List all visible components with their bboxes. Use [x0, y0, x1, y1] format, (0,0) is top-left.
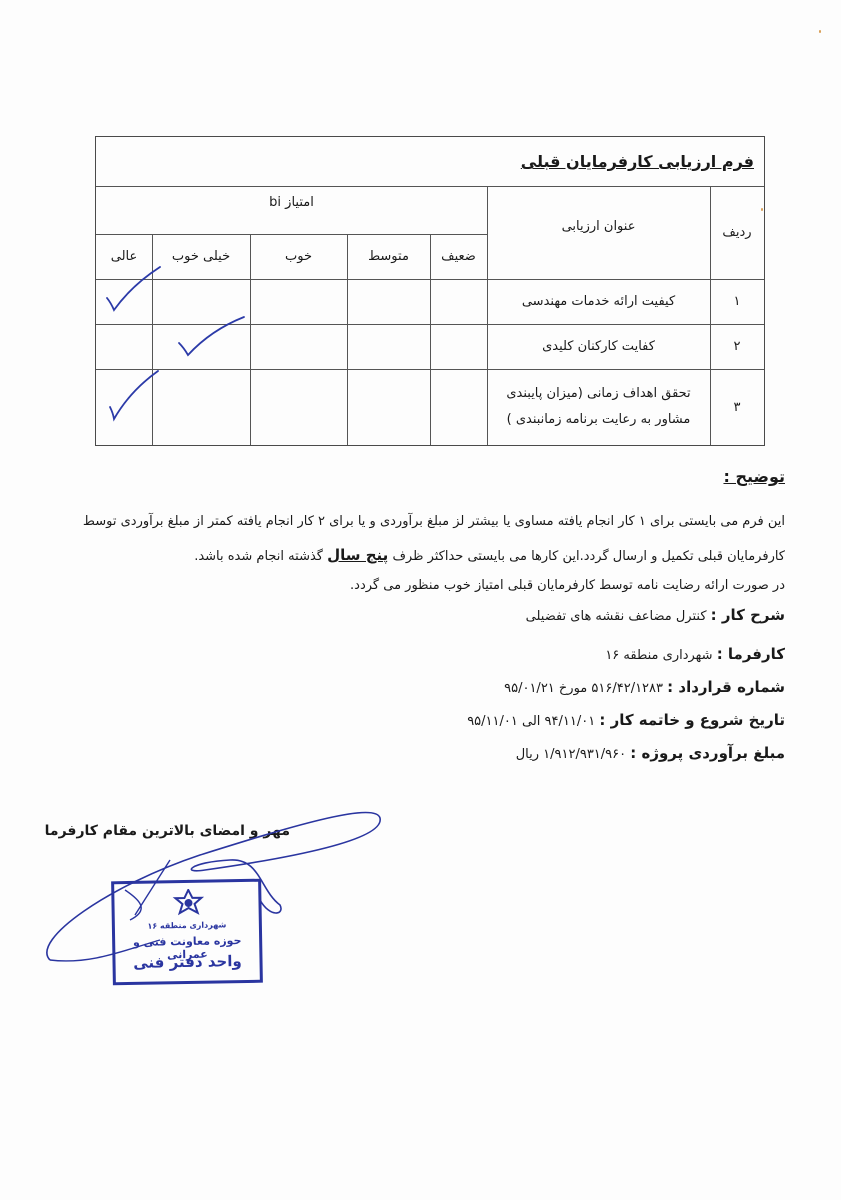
row-3-criterion: تحقق اهداف زمانی (میزان پایبندی مشاور به…	[487, 369, 710, 445]
row-1-criterion: کیفیت ارائه خدمات مهندسی	[487, 279, 710, 324]
checkmark-icon	[176, 315, 246, 360]
header-rating-good: خوب	[250, 234, 347, 279]
row-2-criterion: کفایت کارکنان کلیدی	[487, 324, 710, 369]
notes-line-2-start: کارفرمایان قبلی تکمیل و ارسال گردد.این ک…	[392, 549, 785, 564]
notes-line-1: این فرم می بایستی برای ۱ کار انجام یافته…	[45, 514, 785, 529]
work-description: شرح کار : کنترل مضاعف نقشه های تفضیلی	[526, 606, 785, 624]
project-amount: مبلغ برآوردی پروژه : ۱/۹۱۲/۹۳۱/۹۶۰ ریال	[516, 744, 785, 762]
employer: کارفرما : شهرداری منطقه ۱۶	[605, 645, 785, 663]
work-description-value: کنترل مضاعف نقشه های تفضیلی	[526, 609, 707, 624]
header-row-no: ردیف	[710, 186, 764, 279]
work-dates-value: ۹۴/۱۱/۰۱ الی ۹۵/۱۱/۰۱	[467, 714, 595, 729]
evaluation-table: فرم ارزیابی کارفرمایان قبلی ردیف عنوان ا…	[95, 136, 765, 446]
contract-number-value: ۵۱۶/۴۲/۱۲۸۳ مورخ ۹۵/۰۱/۲۱	[504, 681, 663, 696]
checkmark-icon	[106, 369, 162, 424]
notes-line-2: کارفرمایان قبلی تکمیل و ارسال گردد.این ک…	[194, 546, 785, 564]
row-1-no: ۱	[710, 279, 764, 324]
header-score: امتیاز bi	[96, 186, 487, 218]
header-rating-very-good: خیلی خوب	[152, 234, 250, 279]
header-criterion: عنوان ارزیابی	[487, 186, 710, 266]
work-dates-label: تاریخ شروع و خاتمه کار :	[599, 711, 785, 729]
header-rating-average: متوسط	[347, 234, 430, 279]
contract-number: شماره قرارداد : ۵۱۶/۴۲/۱۲۸۳ مورخ ۹۵/۰۱/۲…	[504, 678, 785, 696]
employer-label: کارفرما :	[717, 645, 785, 663]
row-2-no: ۲	[710, 324, 764, 369]
notes-heading-text: توضیح :	[723, 467, 785, 486]
notes-line-2-end: گذشته انجام شده باشد.	[194, 549, 323, 564]
employer-value: شهرداری منطقه ۱۶	[605, 648, 712, 663]
signature-scribble	[30, 790, 390, 980]
row-3-criterion-line2: مشاور به رعایت برنامه زمانبندی )	[507, 407, 691, 433]
notes-heading: توضیح :	[723, 467, 785, 486]
work-dates: تاریخ شروع و خاتمه کار : ۹۴/۱۱/۰۱ الی ۹۵…	[467, 711, 785, 729]
form-title: فرم ارزیابی کارفرمایان قبلی	[96, 137, 764, 186]
row-3-no: ۳	[710, 369, 764, 445]
header-rating-weak: ضعیف	[430, 234, 487, 279]
project-amount-value: ۱/۹۱۲/۹۳۱/۹۶۰ ریال	[516, 747, 626, 762]
contract-number-label: شماره قرارداد :	[667, 678, 785, 696]
row-3-criterion-line1: تحقق اهداف زمانی (میزان پایبندی	[506, 381, 690, 407]
scan-speck	[819, 30, 821, 33]
notes-line-3: در صورت ارائه رضایت نامه توسط کارفرمایان…	[350, 578, 785, 593]
work-description-label: شرح کار :	[711, 606, 785, 624]
project-amount-label: مبلغ برآوردی پروژه :	[630, 744, 785, 762]
notes-five-years: پنج سال	[327, 546, 388, 564]
checkmark-icon	[104, 265, 164, 315]
